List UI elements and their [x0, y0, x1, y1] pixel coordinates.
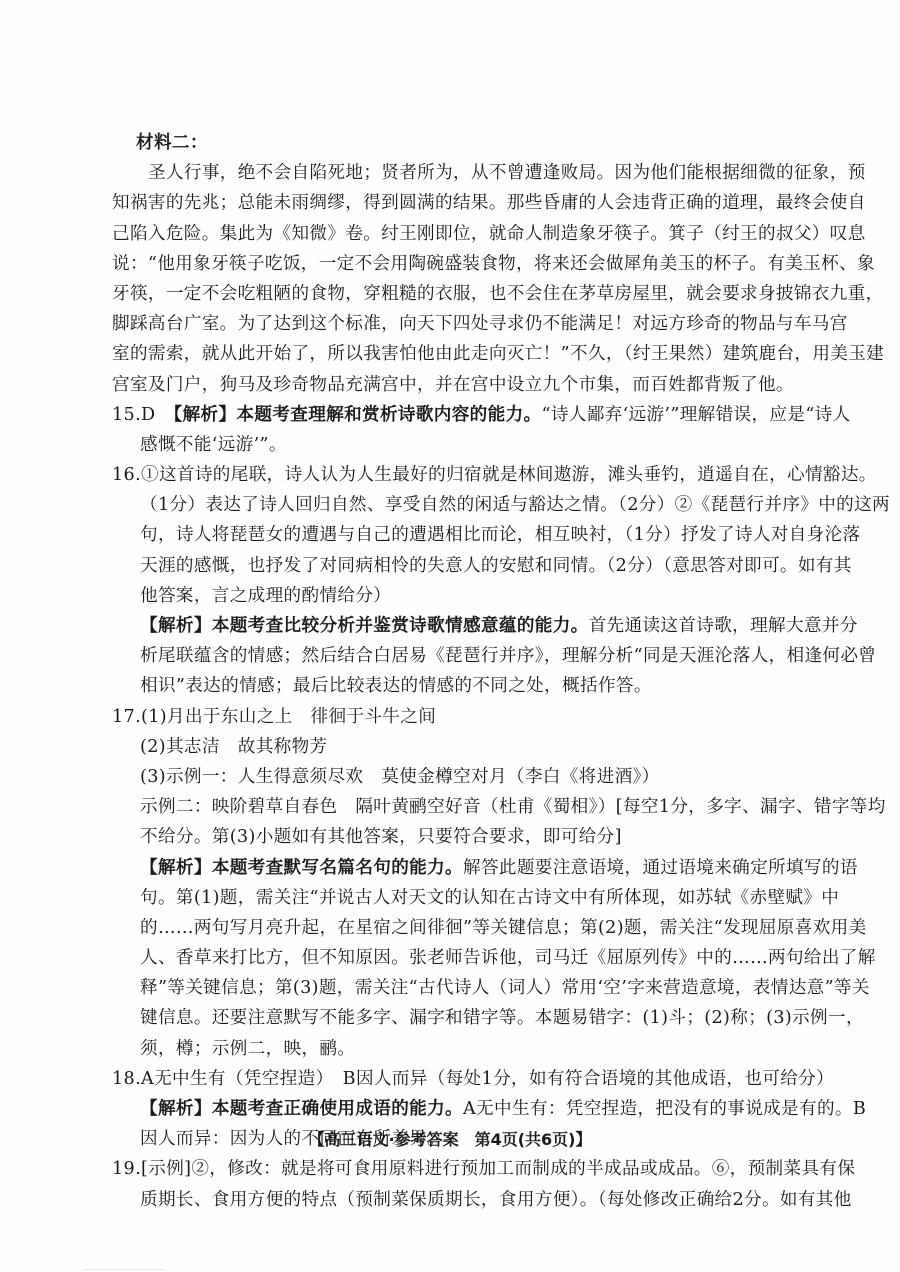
- answer-16-analysis: 【解析】本题考查比较分析并鉴赏诗歌情感意蕴的能力。首先通读这首诗歌，理解大意并分: [112, 611, 802, 641]
- answer-16-line: 析尾联蕴含的情感；然后结合白居易《琵琶行并序》，理解分析“同是天涯沦落人，相逢何…: [112, 641, 802, 671]
- material-line: 知祸害的先兆；总能未雨绸缪，得到圆满的结果。那些昏庸的人会违背正确的道理，最终会…: [112, 188, 802, 218]
- answer-17-line: 须，樽；示例二，映，鹂。: [112, 1034, 802, 1064]
- answer-text: A无中生有：凭空捏造，把没有的事说成是有的。B: [463, 1099, 866, 1119]
- answer-17-line: 不给分。第(3)小题如有其他答案，只要符合要求，即可给分]: [112, 822, 802, 852]
- question-number: 16.: [112, 465, 141, 485]
- question-number: 15.: [112, 405, 141, 425]
- answer-text: “诗人鄙弃‘远游’”理解错误，应是“诗人: [541, 405, 850, 425]
- material-line: 说：“他用象牙筷子吃饭，一定不会用陶碗盛装食物，将来还会做犀角美玉的杯子。有美玉…: [112, 249, 802, 279]
- answer-text: (1)月出于东山之上 徘徊于斗牛之间: [141, 707, 436, 727]
- answer-17-line: (3)示例一：人生得意须尽欢 莫使金樽空对月（李白《将进酒》）: [112, 762, 802, 792]
- answer-15-line: 15.D 【解析】本题考查理解和赏析诗歌内容的能力。“诗人鄙弃‘远游’”理解错误…: [112, 400, 802, 430]
- material-line: 牙筷，一定不会吃粗陋的食物，穿粗糙的衣服，也不会住在茅草房屋里，就会要求身披锦衣…: [112, 279, 802, 309]
- material-heading: 材料二：: [112, 128, 802, 158]
- answer-16-line: 句，诗人将琵琶女的遭遇与自己的遭遇相比而论，相互映衬，（1分）抒发了诗人对自身沦…: [112, 520, 802, 550]
- answer-16-line: 相识”表达的情感；最后比较表达的情感的不同之处，概括作答。: [112, 671, 802, 701]
- answer-17-analysis: 【解析】本题考查默写名篇名句的能力。解答此题要注意语境，通过语境来确定所填写的语: [112, 853, 802, 883]
- question-number: 18.: [112, 1069, 141, 1089]
- answer-text: 解答此题要注意语境，通过语境来确定所填写的语: [463, 858, 858, 878]
- material-line: 圣人行事，绝不会自陷死地；贤者所为，从不曾遭逢败局。因为他们能根据细微的征象，预: [112, 158, 802, 188]
- scan-edge-mark: [84, 1269, 164, 1270]
- answer-17-line: 句。第(1)题，需关注“并说古人对天文的认知在古诗文中有所体现，如苏轼《赤壁赋》…: [112, 883, 802, 913]
- material-line: 宫室及门户，狗马及珍奇物品充满宫中，并在宫中设立九个市集，而百姓都背叛了他。: [112, 370, 802, 400]
- answer-17-line: 示例二：映阶碧草自春色 隔叶黄鹂空好音（杜甫《蜀相》）[每空1分，多字、漏字、错…: [112, 792, 802, 822]
- analysis-label: 【解析】本题考查比较分析并鉴赏诗歌情感意蕴的能力。: [140, 616, 589, 636]
- answer-choice: D: [141, 405, 173, 425]
- answer-18-line: 18.A无中生有（凭空捏造） B因人而异（每处1分，如有符合语境的其他成语，也可…: [112, 1064, 802, 1094]
- material-line: 己陷入危险。集此为《知微》卷。纣王刚即位，就命人制造象牙筷子。箕子（纣王的叔父）…: [112, 219, 802, 249]
- answer-17-line: 键信息。还要注意默写不能多字、漏字和错字等。本题易错字：(1)斗；(2)称；(3…: [112, 1003, 802, 1033]
- answer-text: 首先通读这首诗歌，理解大意并分: [589, 616, 858, 636]
- answer-19-line: 19.[示例]②，修改：就是将可食用原料进行预加工而制成的半成品或成品。⑥，预制…: [112, 1154, 802, 1184]
- material-line: 脚踩高台广室。为了达到这个标准，向天下四处寻求仍不能满足！对远方珍奇的物品与车马…: [112, 309, 802, 339]
- answer-17-line: 人、香草来打比方，但不知原因。张老师告诉他，司马迁《屈原列传》中的……两句给出了…: [112, 943, 802, 973]
- answer-17-line: 释”等关键信息；第(3)题，需关注“古代诗人（词人）常用‘空’字来营造意境，表情…: [112, 973, 802, 1003]
- question-number: 19.: [112, 1159, 141, 1179]
- answer-text: A无中生有（凭空捏造） B因人而异（每处1分，如有符合语境的其他成语，也可给分）: [141, 1069, 834, 1089]
- answer-key-page: 材料二： 圣人行事，绝不会自陷死地；贤者所为，从不曾遭逢败局。因为他们能根据细微…: [112, 128, 802, 1215]
- answer-17-line: (2)其志洁 故其称物芳: [112, 732, 802, 762]
- question-number: 17.: [112, 707, 141, 727]
- answer-text: [示例]②，修改：就是将可食用原料进行预加工而制成的半成品或成品。⑥，预制菜具有…: [141, 1159, 855, 1179]
- answer-19-line: 质期长、食用方便的特点（预制菜保质期长，食用方便）。（每处修改正确给2分。如有其…: [112, 1185, 802, 1215]
- answer-16-line: 16.①这首诗的尾联，诗人认为人生最好的归宿就是林间遨游，滩头垂钓，逍遥自在，心…: [112, 460, 802, 490]
- analysis-label: 【解析】本题考查理解和赏析诗歌内容的能力。: [173, 405, 541, 425]
- material-line: 室的需索，就从此开始了，所以我害怕他由此走向灭亡！”不久，（纣王果然）建筑鹿台，…: [112, 339, 802, 369]
- answer-18-analysis: 【解析】本题考查正确使用成语的能力。A无中生有：凭空捏造，把没有的事说成是有的。…: [112, 1094, 802, 1124]
- analysis-label: 【解析】本题考查正确使用成语的能力。: [140, 1099, 463, 1119]
- answer-15-line: 感慨不能‘远游’”。: [112, 430, 802, 460]
- answer-text: ①这首诗的尾联，诗人认为人生最好的归宿就是林间遨游，滩头垂钓，逍遥自在，心情豁达…: [141, 465, 877, 485]
- answer-16-line: 天涯的感慨，也抒发了对同病相怜的失意人的安慰和同情。（2分）（意思答对即可。如有…: [112, 551, 802, 581]
- analysis-label: 【解析】本题考查默写名篇名句的能力。: [140, 858, 463, 878]
- answer-16-line: （1分）表达了诗人回归自然、享受自然的闲适与豁达之情。（2分）②《琵琶行并序》中…: [112, 490, 802, 520]
- answer-16-line: 他答案，言之成理的酌情给分）: [112, 581, 802, 611]
- answer-17-line: 17.(1)月出于东山之上 徘徊于斗牛之间: [112, 702, 802, 732]
- answer-17-line: 的……两句写月亮升起，在星宿之间徘徊”等关键信息；第(2)题，需关注“发现屈原喜…: [112, 913, 802, 943]
- page-footer: 【高三语文·参考答案 第4页(共6页)】: [0, 1127, 900, 1150]
